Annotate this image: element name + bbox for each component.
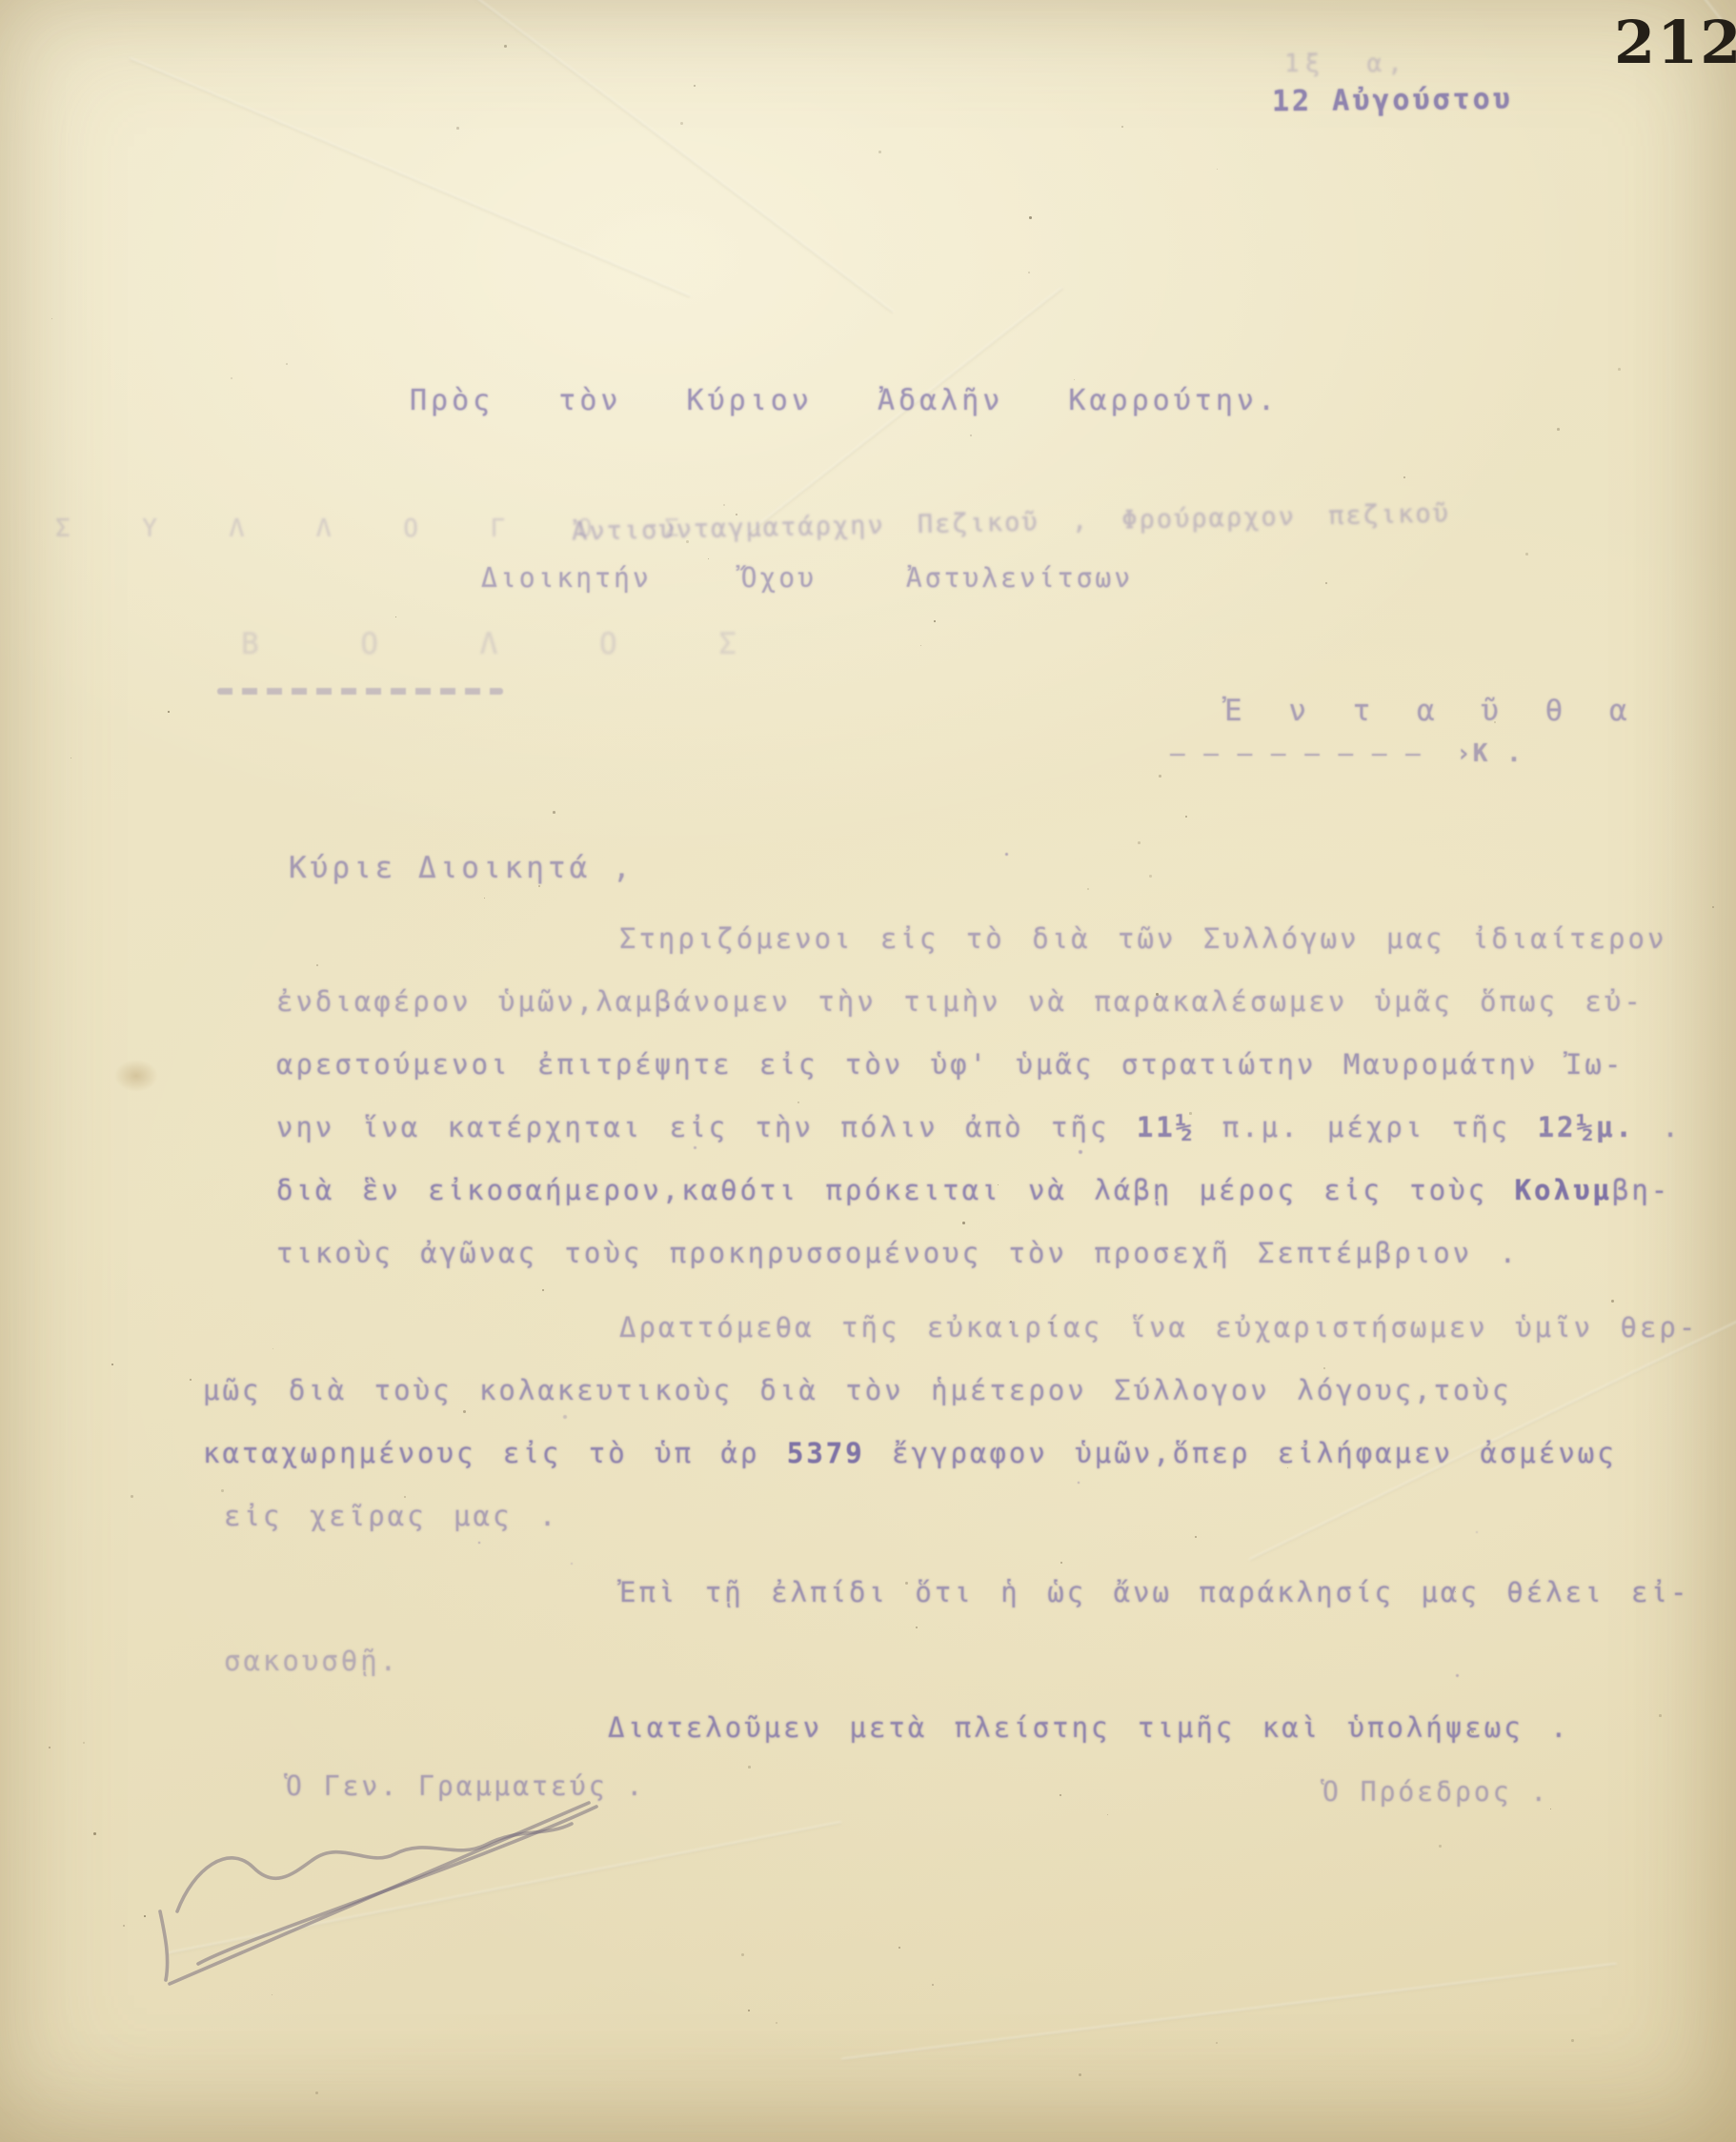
paper-speck bbox=[1138, 841, 1141, 844]
body-line: νην ἵνα κατέρχηται εἰς τὴν πόλιν ἀπὸ τῆς… bbox=[276, 1096, 1727, 1159]
paper-speck bbox=[538, 885, 540, 887]
paper-speck bbox=[286, 363, 288, 365]
here-dashes: — — — — — — — — bbox=[1170, 739, 1456, 768]
paper-speck bbox=[1216, 2042, 1218, 2044]
paper-speck bbox=[741, 1953, 744, 1956]
paper-speck bbox=[920, 645, 921, 646]
paper-speck bbox=[83, 1742, 85, 1744]
typewritten-text: διὰ ἓν εἰκοσαήμερον,καθότι πρόκειται νὰ … bbox=[276, 1174, 1515, 1206]
paper-stain bbox=[114, 1060, 158, 1092]
recipient-rank-line: Ἀντισυνταγματάρχην Πεζικοῦ , Φρούραρχον … bbox=[572, 498, 1450, 546]
paper-speck bbox=[51, 318, 52, 319]
typewritten-text: μῶς διὰ τοὺς κολακευτικοὺς διὰ τὸν ἡμέτε… bbox=[203, 1374, 1511, 1406]
paper-speck bbox=[694, 85, 696, 87]
retyped-text: 12½μ. bbox=[1538, 1111, 1635, 1143]
paper-speck bbox=[49, 1747, 50, 1748]
retyped-text: Κολυμ bbox=[1515, 1174, 1612, 1206]
retyped-text: 5379 bbox=[787, 1437, 865, 1469]
here-mark: ›Κ . bbox=[1456, 739, 1524, 768]
typewritten-text: καταχωρημένους εἰς τὸ ὑπ ἀρ bbox=[203, 1437, 787, 1469]
paper-speck bbox=[723, 504, 725, 506]
paper-speck bbox=[680, 122, 683, 125]
body-line: διὰ ἓν εἰκοσαήμερον,καθότι πρόκειται νὰ … bbox=[276, 1159, 1727, 1222]
paper-speck bbox=[144, 1915, 146, 1917]
body-line: Διατελοῦμεν μετὰ πλείστης τιμῆς καὶ ὑπολ… bbox=[608, 1696, 1727, 1759]
typewritten-text: σακουσθῇ. bbox=[224, 1645, 399, 1677]
body-line: τικοὺς ἀγῶνας τοὺς προκηρυσσομένους τὸν … bbox=[276, 1222, 1727, 1284]
stamp-reference-faint: 1ξ α, bbox=[1284, 50, 1408, 78]
paper-speck bbox=[934, 620, 936, 622]
paper-speck bbox=[71, 758, 71, 758]
paper-speck bbox=[123, 1925, 125, 1927]
paper-speck bbox=[1557, 428, 1560, 431]
paper-speck bbox=[1079, 2073, 1081, 2076]
paper-speck bbox=[1087, 888, 1089, 890]
paper-speck bbox=[1439, 1845, 1442, 1848]
paper-speck bbox=[1571, 2039, 1574, 2042]
paper-speck bbox=[748, 1766, 751, 1768]
paper-speck bbox=[93, 1832, 96, 1835]
typewritten-text: βη- bbox=[1612, 1174, 1670, 1206]
paper-speck bbox=[1217, 169, 1218, 170]
folio-number: 212 bbox=[1614, 8, 1736, 77]
paper-speck bbox=[776, 2022, 777, 2024]
paper-speck bbox=[1074, 379, 1075, 380]
here-label: Ἐ ν τ α ῦ θ α bbox=[1224, 694, 1642, 728]
paper-speck bbox=[708, 558, 709, 559]
ink-speck bbox=[1005, 853, 1008, 856]
typewritten-text: τικοὺς ἀγῶνας τοὺς προκηρυσσομένους τὸν … bbox=[276, 1237, 1519, 1269]
body-line: εἰς χεῖρας μας . bbox=[224, 1485, 1727, 1547]
paper-crease bbox=[841, 1963, 1617, 2061]
paper-speck bbox=[1121, 126, 1123, 128]
paper-speck bbox=[315, 2091, 318, 2094]
paper-speck bbox=[395, 616, 396, 617]
paper-speck bbox=[231, 377, 232, 379]
typewritten-text: Δραττόμεθα τῆς εὐκαιρίας ἵνα εὐχαριστήσω… bbox=[619, 1311, 1698, 1344]
typewritten-text: . bbox=[1635, 1111, 1682, 1143]
scanned-letter-page: 212 1ξ α, 12 Αὐγούστου Πρὸς τὸν Κύριον Ἀ… bbox=[0, 0, 1736, 2142]
paper-speck bbox=[932, 1984, 934, 1986]
paper-speck bbox=[190, 1379, 192, 1381]
typewritten-text: Ἐπὶ τῇ ἐλπίδι ὅτι ἡ ὡς ἄνω παράκλησίς μα… bbox=[619, 1576, 1689, 1608]
paper-speck bbox=[111, 1364, 113, 1365]
paper-speck bbox=[553, 811, 555, 814]
typewritten-text: ἔγγραφον ὑμῶν,ὅπερ εἰλήφαμεν ἀσμένως bbox=[865, 1437, 1617, 1469]
paper-speck bbox=[1550, 1809, 1551, 1809]
paper-speck bbox=[1403, 476, 1405, 478]
paper-speck bbox=[1149, 875, 1152, 878]
typewritten-text: Στηριζόμενοι εἰς τὸ διὰ τῶν Συλλόγων μας… bbox=[619, 922, 1666, 955]
date-stamp: 12 Αὐγούστου bbox=[1272, 83, 1513, 119]
paper-speck bbox=[484, 898, 485, 899]
body-line: καταχωρημένους εἰς τὸ ὑπ ἀρ 5379 ἔγγραφο… bbox=[203, 1422, 1727, 1485]
body-line: Στηριζόμενοι εἰς τὸ διὰ τῶν Συλλόγων μας… bbox=[619, 907, 1727, 970]
paper-speck bbox=[1029, 216, 1032, 219]
typewritten-text: εἰς χεῖρας μας . bbox=[224, 1500, 558, 1532]
typewritten-text: αρεστούμενοι ἐπιτρέψητε εἰς τὸν ὑφ' ὑμᾶς… bbox=[276, 1048, 1624, 1081]
typewritten-text: ἐνδιαφέρον ὑμῶν,λαμβάνομεν τὴν τιμὴν νὰ … bbox=[276, 985, 1644, 1018]
paper-crease bbox=[168, 1821, 841, 1954]
president-title: Ὁ Πρόεδρος . bbox=[1322, 1776, 1549, 1808]
typewritten-text: νην ἵνα κατέρχηται εἰς τὴν πόλιν ἀπὸ τῆς bbox=[276, 1111, 1137, 1143]
paper-speck bbox=[168, 711, 170, 713]
body-line: ἐνδιαφέρον ὑμῶν,λαμβάνομεν τὴν τιμὴν νὰ … bbox=[276, 970, 1727, 1033]
city-stamp-faint: Β Ο Λ Ο Σ bbox=[241, 627, 778, 661]
paper-speck bbox=[1185, 816, 1187, 818]
paper-speck bbox=[1618, 368, 1621, 371]
typewritten-text: π.μ. μέχρι τῆς bbox=[1195, 1111, 1537, 1143]
recipient-unit-line: Διοικητήν Ὄχου Ἀστυλενίτσων bbox=[481, 562, 1133, 594]
paper-crease bbox=[345, 0, 895, 313]
salutation: Κύριε Διοικητά , bbox=[289, 851, 635, 885]
paper-speck bbox=[898, 1947, 900, 1949]
letter-body: Στηριζόμενοι εἰς τὸ διὰ τῶν Συλλόγων μας… bbox=[203, 907, 1727, 1759]
paper-speck bbox=[1060, 1794, 1061, 1796]
here-underline-row: — — — — — — — — ›Κ . bbox=[1170, 739, 1524, 768]
body-line: Ἐπὶ τῇ ἐλπίδι ὅτι ἡ ὡς ἄνω παράκλησίς μα… bbox=[619, 1561, 1727, 1624]
secretary-title: Ὁ Γεν. Γραμματεύς . bbox=[286, 1770, 645, 1802]
body-line: αρεστούμενοι ἐπιτρέψητε εἰς τὸν ὑφ' ὑμᾶς… bbox=[276, 1033, 1727, 1096]
retyped-text: 11½ bbox=[1137, 1111, 1195, 1143]
paper-speck bbox=[1028, 272, 1030, 273]
paper-speck bbox=[878, 151, 881, 153]
paper-speck bbox=[456, 127, 459, 130]
paper-speck bbox=[131, 1495, 133, 1498]
paper-speck bbox=[272, 1994, 273, 1995]
paper-speck bbox=[504, 45, 507, 48]
body-line: Δραττόμεθα τῆς εὐκαιρίας ἵνα εὐχαριστήσω… bbox=[619, 1296, 1727, 1359]
paper-speck bbox=[1525, 553, 1528, 556]
paper-speck bbox=[970, 434, 972, 436]
paper-speck bbox=[1107, 1814, 1108, 1815]
paper-crease bbox=[129, 57, 691, 298]
recipient-line: Πρὸς τὸν Κύριον Ἀδαλῆν Καρρούτην. bbox=[410, 384, 1279, 417]
stamp-underline-dashes bbox=[217, 688, 503, 695]
body-line: μῶς διὰ τοὺς κολακευτικοὺς διὰ τὸν ἡμέτε… bbox=[203, 1359, 1727, 1422]
handwritten-signature bbox=[141, 1768, 846, 1997]
typewritten-text: Διατελοῦμεν μετὰ πλείστης τιμῆς καὶ ὑπολ… bbox=[608, 1711, 1570, 1744]
body-line: σακουσθῇ. bbox=[224, 1629, 1727, 1692]
paper-speck bbox=[748, 2010, 750, 2011]
paper-speck bbox=[1325, 582, 1327, 584]
paper-speck bbox=[1159, 775, 1161, 778]
